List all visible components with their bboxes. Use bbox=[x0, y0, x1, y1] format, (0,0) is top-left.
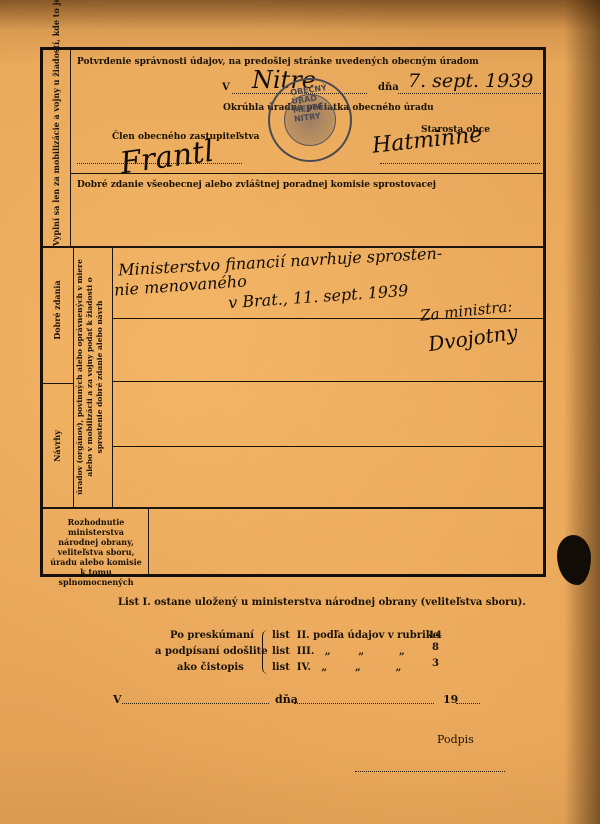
mayor-signature-line bbox=[380, 163, 540, 164]
signature-label: Podpis bbox=[437, 733, 474, 746]
list-ii-label: list II. podľa údajov v rubrike bbox=[272, 630, 439, 641]
opinions-label: Dobré zdania bbox=[52, 260, 64, 360]
official-round-stamp: OBECNÝ ÚRAD MESTA NITRY bbox=[268, 78, 352, 162]
section-divider-1 bbox=[43, 246, 543, 248]
section1-side-label: Vyplní sa len za mobilizácie a vojny u ž… bbox=[51, 56, 73, 246]
list-i-note: List I. ostane uložený u ministerstva ná… bbox=[118, 597, 526, 608]
ministry-decision-label: Rozhodnutie ministerstva národnej obrany… bbox=[48, 517, 144, 587]
date-handwritten: 7. sept. 1939 bbox=[408, 70, 533, 92]
row-line bbox=[112, 446, 543, 447]
footer-place-line[interactable] bbox=[122, 703, 269, 704]
list-ii-number: 14 bbox=[428, 630, 442, 641]
section2-col2-divider bbox=[112, 248, 113, 508]
instruction-line1: Po preskúmaní bbox=[170, 630, 254, 641]
commission-opinion-label: Dobré zdanie všeobecnej alebo zvláštnej … bbox=[77, 180, 436, 190]
place-prefix: V bbox=[222, 82, 230, 93]
label-split-line bbox=[43, 383, 73, 384]
footer-date-prefix: dňa bbox=[275, 693, 298, 706]
footer-year-prefix: 19 bbox=[443, 693, 458, 706]
footer-place-prefix: V bbox=[113, 693, 122, 706]
footer-date-line[interactable] bbox=[294, 703, 434, 704]
date-field-line bbox=[398, 93, 541, 94]
section-divider-2 bbox=[43, 507, 543, 509]
page-fold-edge bbox=[564, 0, 600, 824]
list-iv-label: list IV. „ „ „ bbox=[272, 662, 401, 673]
section2-col1-divider bbox=[73, 248, 74, 508]
stamp-text: OBECNÝ ÚRAD MESTA NITRY bbox=[290, 80, 352, 124]
list-iii-label: list III. „ „ „ bbox=[272, 646, 405, 657]
instruction-line2: a podpísaní odošlite bbox=[155, 646, 268, 657]
section3-col-divider bbox=[148, 509, 149, 574]
list-iii-number: 8 bbox=[432, 642, 439, 653]
brace-bracket bbox=[262, 630, 269, 674]
footer-signature-line[interactable] bbox=[355, 771, 505, 772]
authorities-note: úradov (orgánov), povinných alebo oprávn… bbox=[75, 257, 105, 497]
proposals-label: Návrhy bbox=[52, 396, 64, 496]
instruction-line3: ako čistopis bbox=[177, 662, 244, 673]
date-prefix: dňa bbox=[378, 82, 399, 93]
footer-year-line[interactable] bbox=[456, 703, 480, 704]
list-iv-number: 3 bbox=[432, 658, 439, 669]
page-shadow bbox=[0, 0, 600, 30]
row-line bbox=[112, 381, 543, 382]
